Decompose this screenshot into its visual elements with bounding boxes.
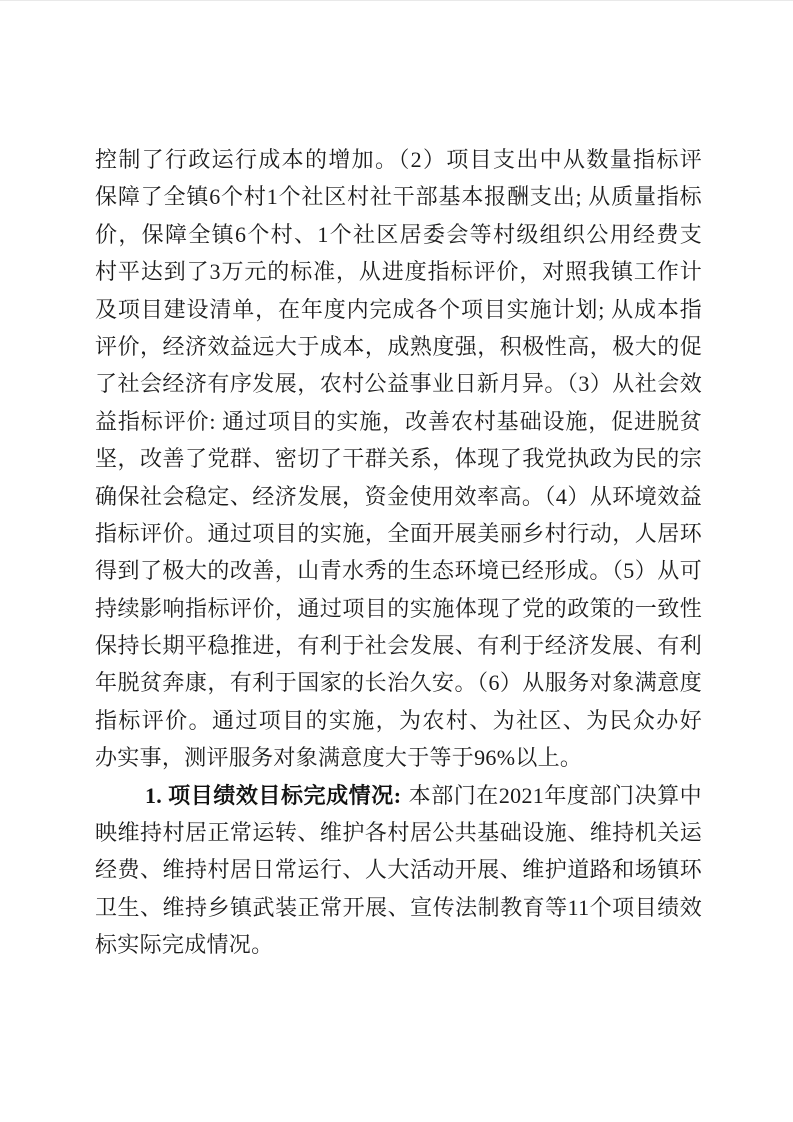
text-line: 评价，经济效益远大于成本，成熟度强，积极性高，极大的促进 (95, 328, 702, 365)
text-line: 年脱贫奔康，有利于国家的长治久安。（6）从服务对象满意度 (95, 664, 702, 701)
text-line: 控制了行政运行成本的增加。（2）项目支出中从数量指标评价。 (95, 141, 702, 178)
paragraph-performance-evaluation: 控制了行政运行成本的增加。（2）项目支出中从数量指标评价。保障了全镇6个村1个社… (95, 141, 702, 777)
text-line: 指标评价。通过项目的实施，全面开展美丽乡村行动，人居环境 (95, 515, 702, 552)
text-line: 卫生、维持乡镇武装正常开展、宣传法制教育等11个项目绩效目 (95, 889, 702, 926)
paragraph-continuation: 映维持村居正常运转、维护各村居公共基础设施、维持机关运行经费、维持村居日常运行、… (95, 814, 702, 964)
text-line: 指标评价。通过项目的实施，为农村、为社区、为民众办好事、 (95, 702, 702, 739)
section-heading: 1. 项目绩效目标完成情况: (145, 783, 401, 808)
text-line: 标实际完成情况。 (95, 926, 702, 963)
text-line: 持续影响指标评价，通过项目的实施体现了党的政策的一致性并 (95, 590, 702, 627)
paragraph-project-goal-completion: 1. 项目绩效目标完成情况:本部门在2021年度部门决算中反 映维持村居正常运转… (95, 777, 702, 964)
text-line: 办实事，测评服务对象满意度大于等于96%以上。 (95, 739, 702, 776)
text-line: 保障了全镇6个村1个社区村社干部基本报酬支出; 从质量指标评 (95, 178, 702, 215)
text-line: 及项目建设清单，在年度内完成各个项目实施计划; 从成本指标 (95, 291, 702, 328)
text-line: 确保社会稳定、经济发展，资金使用效率高。（4）从环境效益 (95, 478, 702, 515)
text-line: 经费、维持村居日常运行、人大活动开展、维护道路和场镇环境 (95, 851, 702, 888)
text-line: 价，保障全镇6个村、1个社区居委会等村级组织公用经费支出， (95, 216, 702, 253)
text-line: 保持长期平稳推进，有利于社会发展、有利于经济发展、有利2021 (95, 627, 702, 664)
document-page: 控制了行政运行成本的增加。（2）项目支出中从数量指标评价。保障了全镇6个村1个社… (0, 0, 793, 1122)
page-top-edge (0, 0, 793, 1)
text-line: 映维持村居正常运转、维护各村居公共基础设施、维持机关运行 (95, 814, 702, 851)
text-line: 村平达到了3万元的标准，从进度指标评价，对照我镇工作计划 (95, 253, 702, 290)
text-line: 1. 项目绩效目标完成情况:本部门在2021年度部门决算中反 (95, 777, 702, 814)
body-text: 控制了行政运行成本的增加。（2）项目支出中从数量指标评价。保障了全镇6个村1个社… (95, 141, 702, 964)
text-line: 了社会经济有序发展，农村公益事业日新月异。（3）从社会效 (95, 365, 702, 402)
text-line: 得到了极大的改善，山青水秀的生态环境已经形成。（5）从可 (95, 552, 702, 589)
text-line: 益指标评价: 通过项目的实施，改善农村基础设施，促进脱贫攻 (95, 403, 702, 440)
text-line: 坚，改善了党群、密切了干群关系，体现了我党执政为民的宗旨， (95, 440, 702, 477)
